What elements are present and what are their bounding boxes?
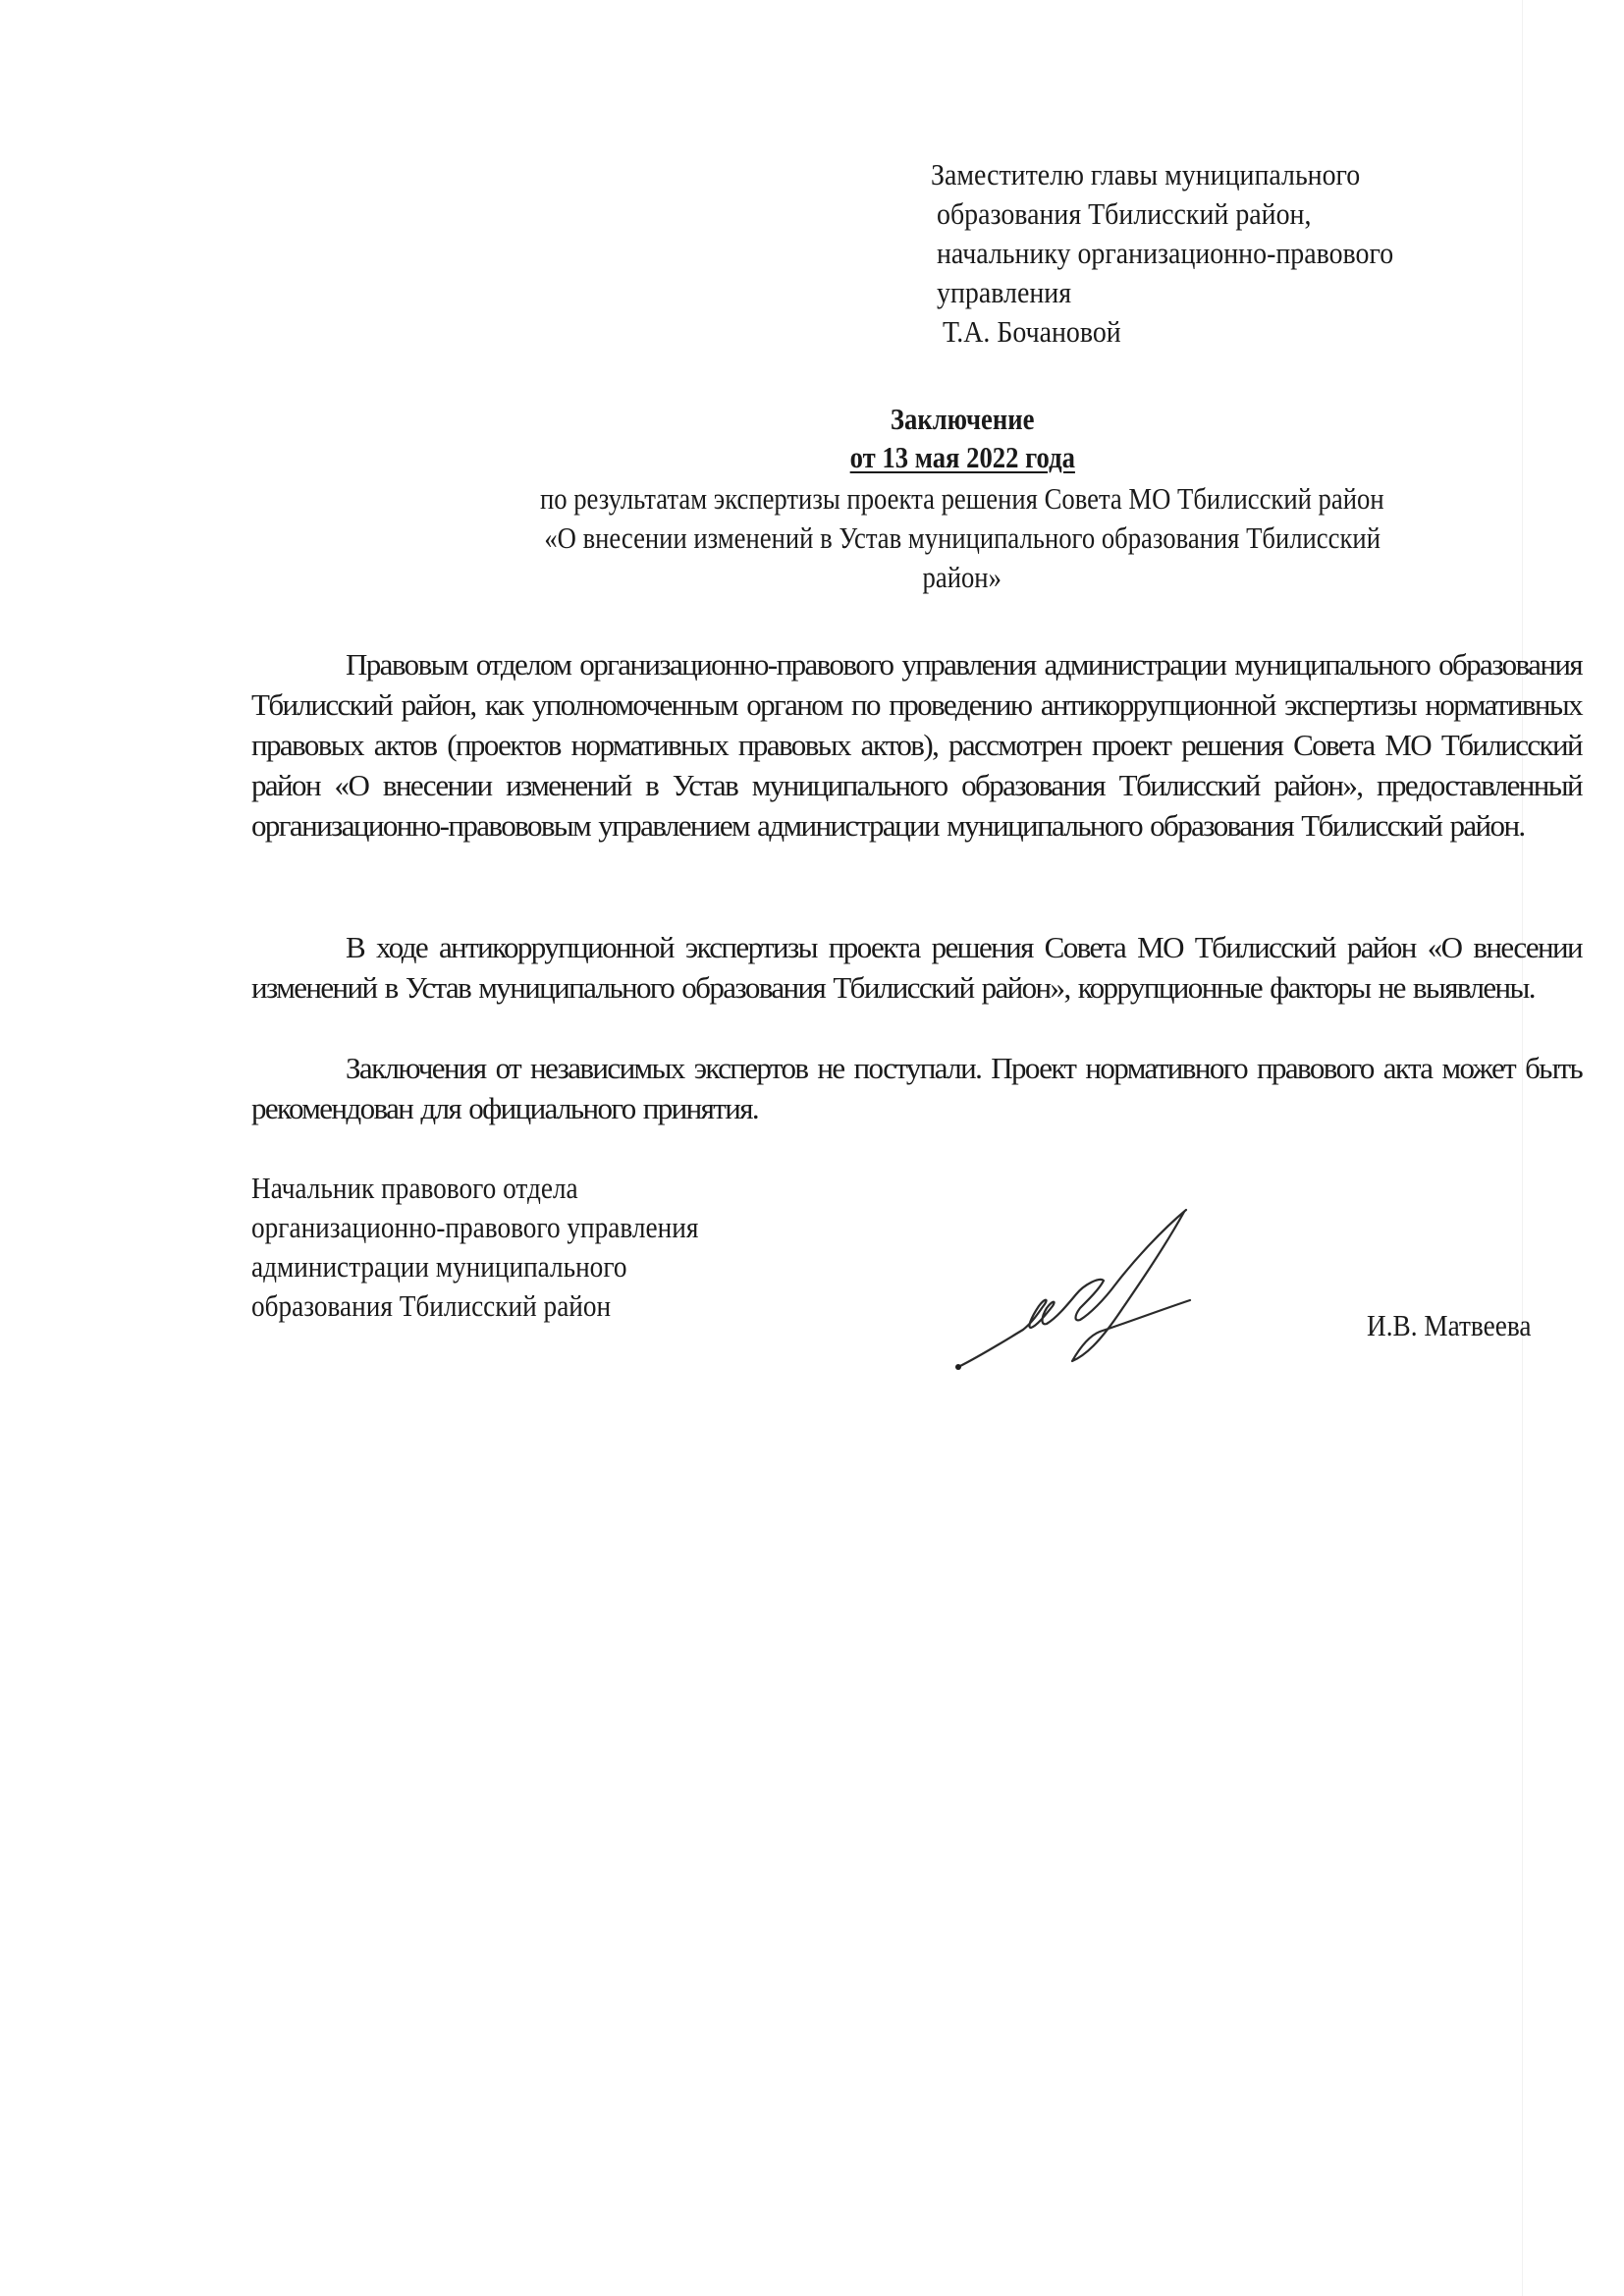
document-title: Заключение (324, 400, 1600, 439)
document-subtitle-line: район» (324, 558, 1600, 597)
body-paragraph: Заключения от независимых экспертов не п… (251, 1048, 1582, 1128)
signer-position-line: администрации муниципального (251, 1247, 698, 1286)
addressee-line: Заместителю главы муниципального (931, 155, 1393, 194)
document-date-text: от 13 мая 2022 года (849, 440, 1074, 474)
addressee-line: управления (937, 273, 1393, 312)
document-date: от 13 мая 2022 года (324, 438, 1600, 477)
document-subtitle-line: «О внесении изменений в Устав муниципаль… (324, 519, 1600, 558)
addressee-line: начальнику организационно-правового (937, 234, 1393, 273)
addressee-block: Заместителю главы муниципального образов… (931, 155, 1444, 352)
signer-position-line: образования Тбилисский район (251, 1286, 698, 1326)
signer-position-line: Начальник правового отдела (251, 1169, 698, 1208)
document-subtitle-line: по результатам экспертизы проекта решени… (324, 479, 1600, 519)
body-paragraph: В ходе антикоррупционной экспертизы прое… (251, 927, 1582, 1008)
signer-position-block: Начальник правового отдела организационн… (251, 1169, 759, 1326)
signature-ink-dot (955, 1364, 961, 1370)
signer-position-line: организационно-правового управления (251, 1208, 698, 1247)
addressee-line: образования Тбилисский район, (937, 194, 1393, 234)
scan-edge-divider (1522, 0, 1523, 2296)
body-paragraph: Правовым отделом организационно-правовог… (251, 644, 1582, 846)
addressee-name: Т.А. Бочановой (943, 312, 1394, 352)
document-page: Заместителю главы муниципального образов… (0, 0, 1624, 2296)
handwritten-signature-icon (943, 1178, 1218, 1394)
signer-name: И.В. Матвеева (1367, 1306, 1532, 1345)
